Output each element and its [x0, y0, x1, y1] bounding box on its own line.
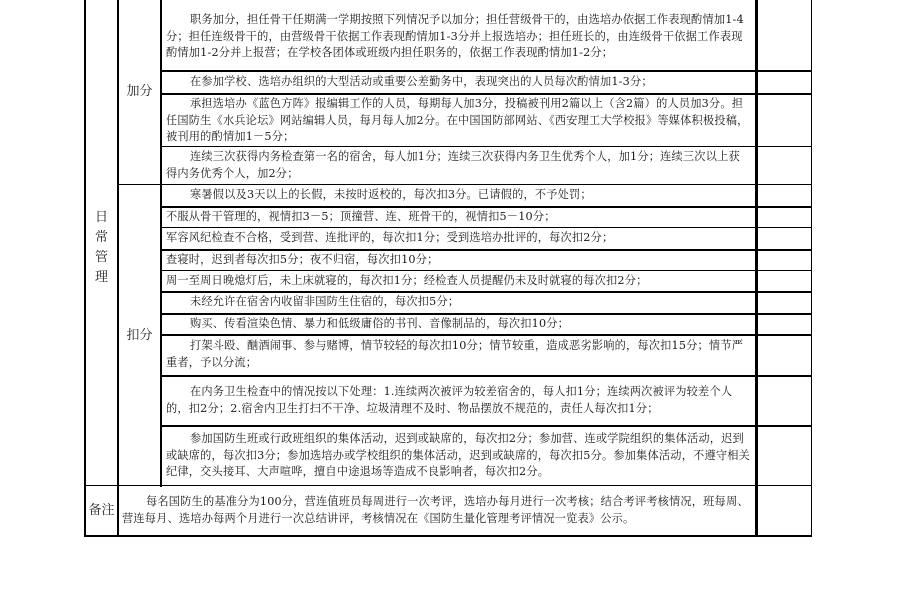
table-row: 承担选培办《蓝色方阵》报编辑工作的人员，每期每人加3分，投稿被刊用2篇以上（含2…	[162, 96, 755, 146]
table-row: 连续三次获得内务检查第一名的宿舍，每人加1分；连续三次获得内务卫生优秀个人，加1…	[162, 149, 755, 184]
row-line	[160, 375, 812, 377]
row-line	[160, 146, 812, 147]
group-label-deduction: 扣分	[119, 326, 160, 346]
row-text: 购买、传看渲染色情、暴力和低级庸俗的书刊、音像制品的，每次扣10分；	[190, 317, 569, 330]
row-line	[160, 206, 812, 208]
row-text: 承担选培办《蓝色方阵》报编辑工作的人员，每期每人加3分，投稿被刊用2篇以上（含2…	[166, 97, 748, 143]
category-char: 管	[86, 248, 117, 268]
group-label-bonus: 加分	[119, 82, 160, 102]
table-row: 查寝时，迟到者每次扣5分；夜不归宿，每次扣10分；	[162, 252, 755, 270]
section-divider	[84, 485, 812, 486]
row-line	[160, 425, 812, 427]
table-row: 购买、传看渲染色情、暴力和低级庸俗的书刊、音像制品的，每次扣10分；	[162, 316, 755, 334]
category-label: 日 常 管 理	[86, 208, 117, 288]
table-row: 在内务卫生检查中的情况按以下处理：1.连续两次被评为较差宿舍的，每人扣1分；连续…	[162, 384, 755, 425]
notes-body: 每名国防生的基准分为100分，营连值班员每周进行一次考评，选培办每月进行一次考核…	[122, 495, 749, 525]
category-char: 理	[86, 268, 117, 288]
row-line	[160, 291, 812, 293]
table-row: 不服从骨干管理的，视情扣3－5；顶撞营、连、班骨干的，视情扣5－10分；	[162, 209, 755, 227]
row-text: 军容风纪检查不合格，受到营、连批评的，每次扣1分；受到选培办批评的，每次扣2分；	[166, 231, 613, 244]
group-divider	[117, 184, 812, 185]
table-row: 周一至周日晚熄灯后，未上床就寝的，每次扣1分；经检查人员提醒仍未及时就寝的每次扣…	[162, 273, 755, 291]
table-row: 军容风纪检查不合格，受到营、连批评的，每次扣1分；受到选培办批评的，每次扣2分；	[162, 230, 755, 249]
row-line	[160, 70, 812, 72]
table-row: 打架斗殴、酗酒闹事、参与赌博，情节较轻的每次扣10分；情节较重，造成恶劣影响的，…	[162, 338, 755, 375]
row-text: 查寝时，迟到者每次扣5分；夜不归宿，每次扣10分；	[166, 253, 438, 266]
table-border-bottom	[84, 535, 812, 537]
table-row: 在参加学校、选培办组织的大型活动或重要公差勤务中，表现突出的人员每次酌情加1-3…	[162, 74, 755, 93]
notes-label: 备注	[86, 501, 117, 521]
table-row: 寒暑假以及3天以上的长假，未按时返校的，每次扣3分。已请假的，不予处罚；	[162, 187, 755, 206]
category-char: 日	[86, 208, 117, 228]
table-row: 职务加分，担任骨干任期满一学期按照下列情况予以加分；担任营级骨干的，由选培办依据…	[162, 12, 755, 70]
row-text: 在内务卫生检查中的情况按以下处理：1.连续两次被评为较差宿舍的，每人扣1分；连续…	[166, 385, 732, 415]
notes-text: 每名国防生的基准分为100分，营连值班员每周进行一次考评，选培办每月进行一次考核…	[119, 494, 755, 534]
row-text: 职务加分，担任骨干任期满一学期按照下列情况予以加分；担任营级骨干的，由选培办依据…	[166, 13, 744, 59]
table-border-right	[811, 0, 812, 537]
row-text: 连续三次获得内务检查第一名的宿舍，每人加1分；连续三次获得内务卫生优秀个人，加1…	[166, 150, 740, 180]
col-divider-1	[117, 0, 119, 537]
row-line	[160, 227, 812, 228]
row-text: 周一至周日晚熄灯后，未上床就寝的，每次扣1分；经检查人员提醒仍未及时就寝的每次扣…	[166, 274, 648, 287]
row-text: 不服从骨干管理的，视情扣3－5；顶撞营、连、班骨干的，视情扣5－10分；	[166, 210, 556, 223]
row-line	[160, 270, 812, 271]
row-line	[160, 313, 812, 315]
row-line	[160, 93, 812, 95]
table-row: 参加国防生班或行政班组织的集体活动，迟到或缺席的，每次扣2分；参加营、连或学院组…	[162, 431, 755, 485]
col-divider-3	[755, 0, 758, 537]
category-char: 常	[86, 228, 117, 248]
row-line	[160, 249, 812, 251]
row-text: 参加国防生班或行政班组织的集体活动，迟到或缺席的，每次扣2分；参加营、连或学院组…	[166, 432, 750, 478]
row-line	[160, 334, 812, 336]
row-text: 在参加学校、选培办组织的大型活动或重要公差勤务中，表现突出的人员每次酌情加1-3…	[190, 75, 653, 88]
row-text: 未经允许在宿舍内收留非国防生住宿的，每次扣5分；	[190, 295, 459, 308]
row-text: 打架斗殴、酗酒闹事、参与赌博，情节较轻的每次扣10分；情节较重，造成恶劣影响的，…	[166, 339, 743, 369]
row-text: 寒暑假以及3天以上的长假，未按时返校的，每次扣3分。已请假的，不予处罚；	[190, 188, 592, 201]
regulation-table: 日 常 管 理 加分 扣分 职务加分，担任骨干任期满一学期按照下列情况予以加分；…	[0, 0, 904, 589]
table-row: 未经允许在宿舍内收留非国防生住宿的，每次扣5分；	[162, 294, 755, 313]
